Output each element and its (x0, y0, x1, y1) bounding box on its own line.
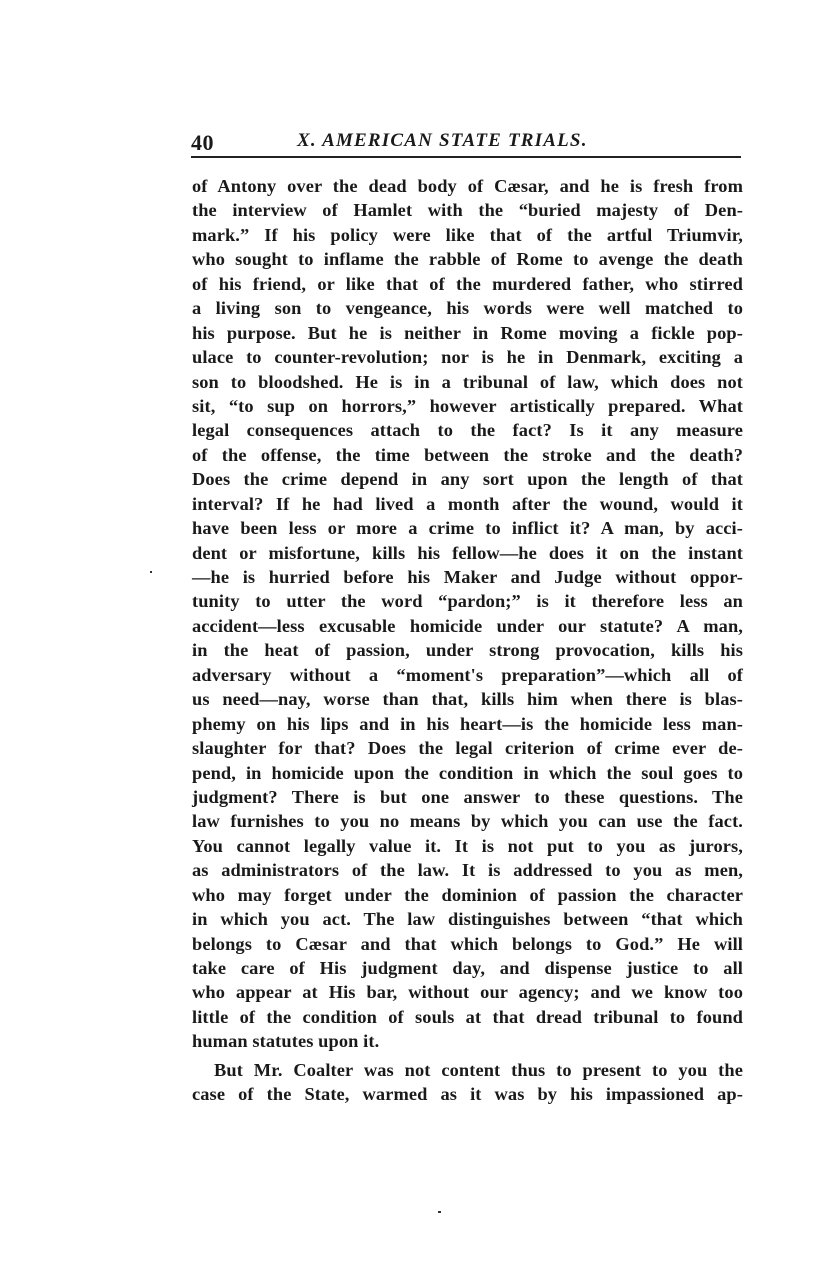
text-line: Does the crime depend in any sort upon t… (192, 467, 743, 491)
page-number: 40 (191, 130, 214, 156)
text-line: You cannot legally value it. It is not p… (192, 834, 743, 858)
text-line: accident—less excusable homicide under o… (192, 614, 743, 638)
book-page: 40 X. AMERICAN STATE TRIALS. of Antony o… (0, 0, 836, 1284)
text-line: son to bloodshed. He is in a tribunal of… (192, 370, 743, 394)
text-line: phemy on his lips and in his heart—is th… (192, 712, 743, 736)
scan-speck (438, 1211, 441, 1213)
text-line: legal consequences attach to the fact? I… (192, 418, 743, 442)
text-line: judgment? There is but one answer to the… (192, 785, 743, 809)
text-line: But Mr. Coalter was not content thus to … (192, 1058, 743, 1082)
text-line: dent or misfortune, kills his fellow—he … (192, 541, 743, 565)
text-line: slaughter for that? Does the legal crite… (192, 736, 743, 760)
text-line: sit, “to sup on horrors,” however artist… (192, 394, 743, 418)
text-line: pend, in homicide upon the condition in … (192, 761, 743, 785)
text-line: in the heat of passion, under strong pro… (192, 638, 743, 662)
text-line: little of the condition of souls at that… (192, 1005, 743, 1029)
text-line: of Antony over the dead body of Cæsar, a… (192, 174, 743, 198)
text-line: the interview of Hamlet with the “buried… (192, 198, 743, 222)
scan-speck (150, 571, 152, 573)
text-line: us need—nay, worse than that, kills him … (192, 687, 743, 711)
text-line: adversary without a “moment's preparatio… (192, 663, 743, 687)
text-line: law furnishes to you no means by which y… (192, 809, 743, 833)
text-line: who may forget under the dominion of pas… (192, 883, 743, 907)
text-line: mark.” If his policy were like that of t… (192, 223, 743, 247)
text-line: have been less or more a crime to inflic… (192, 516, 743, 540)
text-line: of his friend, or like that of the murde… (192, 272, 743, 296)
text-line: human statutes upon it. (192, 1029, 743, 1053)
header-rule (191, 156, 741, 158)
running-title: X. AMERICAN STATE TRIALS. (297, 130, 588, 152)
text-line: his purpose. But he is neither in Rome m… (192, 321, 743, 345)
text-line: in which you act. The law distinguishes … (192, 907, 743, 931)
text-line: a living son to vengeance, his words wer… (192, 296, 743, 320)
text-line: ulace to counter-revolution; nor is he i… (192, 345, 743, 369)
text-line: belongs to Cæsar and that which belongs … (192, 932, 743, 956)
text-line: who sought to inflame the rabble of Rome… (192, 247, 743, 271)
text-line: interval? If he had lived a month after … (192, 492, 743, 516)
text-line: —he is hurried before his Maker and Judg… (192, 565, 743, 589)
text-line: of the offense, the time between the str… (192, 443, 743, 467)
text-line: tunity to utter the word “pardon;” is it… (192, 589, 743, 613)
paragraph-1: of Antony over the dead body of Cæsar, a… (192, 174, 743, 1054)
text-line: as administrators of the law. It is addr… (192, 858, 743, 882)
body-text: of Antony over the dead body of Cæsar, a… (192, 174, 743, 1107)
text-line: who appear at His bar, without our agenc… (192, 980, 743, 1004)
text-line: take care of His judgment day, and dispe… (192, 956, 743, 980)
paragraph-2: But Mr. Coalter was not content thus to … (192, 1058, 743, 1107)
text-line: case of the State, warmed as it was by h… (192, 1082, 743, 1106)
